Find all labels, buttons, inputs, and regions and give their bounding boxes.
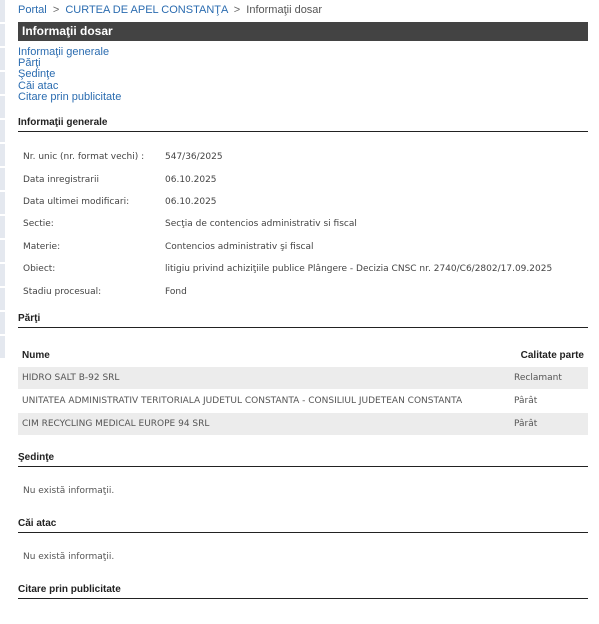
info-label: Stadiu procesual: bbox=[18, 287, 165, 297]
table-of-contents: Informaţii generale Părţi Şedinţe Căi at… bbox=[18, 47, 588, 103]
info-label: Obiect: bbox=[18, 264, 165, 274]
toc-link-sedinte[interactable]: Şedinţe bbox=[18, 69, 588, 80]
breadcrumb-portal[interactable]: Portal bbox=[18, 4, 47, 16]
cai-atac-empty-message: Nu există informaţii. bbox=[18, 533, 588, 581]
section-title-citare: Citare prin publicitate bbox=[18, 584, 588, 599]
party-role: Reclamant bbox=[514, 373, 584, 383]
toc-link-parti[interactable]: Părţi bbox=[18, 58, 588, 69]
info-label: Materie: bbox=[18, 242, 165, 252]
breadcrumb-current: Informaţii dosar bbox=[246, 4, 322, 16]
table-header: Nume Calitate parte bbox=[18, 346, 588, 366]
page-title: Informaţii dosar bbox=[18, 22, 588, 41]
info-label: Data ultimei modificari: bbox=[18, 197, 165, 207]
party-role: Pârât bbox=[514, 419, 584, 429]
info-label: Nr. unic (nr. format vechi) : bbox=[18, 152, 165, 162]
column-header-role: Calitate parte bbox=[521, 350, 584, 361]
breadcrumb-separator: > bbox=[53, 4, 59, 16]
info-value: 547/36/2025 bbox=[165, 152, 588, 162]
table-row: HIDRO SALT B-92 SRL Reclamant bbox=[18, 367, 588, 389]
info-row: Stadiu procesual:Fond bbox=[18, 280, 588, 302]
general-info-table: Nr. unic (nr. format vechi) :547/36/2025… bbox=[18, 146, 588, 303]
party-role: Pârât bbox=[514, 396, 584, 406]
party-name: CIM RECYCLING MEDICAL EUROPE 94 SRL bbox=[22, 419, 209, 429]
info-row: Data inregistrarii06.10.2025 bbox=[18, 168, 588, 190]
party-name: HIDRO SALT B-92 SRL bbox=[22, 373, 119, 383]
info-row: Data ultimei modificari:06.10.2025 bbox=[18, 191, 588, 213]
info-label: Data inregistrarii bbox=[18, 175, 165, 185]
party-name: UNITATEA ADMINISTRATIV TERITORIALA JUDET… bbox=[22, 396, 462, 406]
info-row: Materie:Contencios administrativ şi fisc… bbox=[18, 236, 588, 258]
section-title-sedinte: Şedinţe bbox=[18, 452, 588, 467]
section-title-cai-atac: Căi atac bbox=[18, 518, 588, 533]
section-title-general: Informaţii generale bbox=[18, 117, 588, 132]
column-header-name: Nume bbox=[22, 350, 50, 361]
table-row: UNITATEA ADMINISTRATIV TERITORIALA JUDET… bbox=[18, 390, 588, 412]
toc-link-general[interactable]: Informaţii generale bbox=[18, 47, 588, 58]
info-value: 06.10.2025 bbox=[165, 175, 588, 185]
sedinte-empty-message: Nu există informaţii. bbox=[18, 467, 588, 515]
breadcrumb-separator: > bbox=[234, 4, 240, 16]
info-value: Fond bbox=[165, 287, 588, 297]
left-edge-strip bbox=[0, 0, 5, 360]
parties-table: Nume Calitate parte HIDRO SALT B-92 SRL … bbox=[18, 346, 588, 435]
table-row: CIM RECYCLING MEDICAL EUROPE 94 SRL Pârâ… bbox=[18, 413, 588, 435]
breadcrumb: Portal > CURTEA DE APEL CONSTANŢA > Info… bbox=[18, 0, 588, 21]
case-info-page: Portal > CURTEA DE APEL CONSTANŢA > Info… bbox=[18, 0, 588, 599]
info-value: 06.10.2025 bbox=[165, 197, 588, 207]
info-value: Contencios administrativ şi fiscal bbox=[165, 242, 588, 252]
info-label: Sectie: bbox=[18, 219, 165, 229]
info-row: Sectie:Secţia de contencios administrati… bbox=[18, 213, 588, 235]
info-row: Obiect:litigiu privind achiziţiile publi… bbox=[18, 258, 588, 280]
toc-link-citare[interactable]: Citare prin publicitate bbox=[18, 92, 588, 103]
info-value: Secţia de contencios administrativ si fi… bbox=[165, 219, 588, 229]
breadcrumb-court[interactable]: CURTEA DE APEL CONSTANŢA bbox=[65, 4, 227, 16]
info-row: Nr. unic (nr. format vechi) :547/36/2025 bbox=[18, 146, 588, 168]
info-value: litigiu privind achiziţiile publice Plân… bbox=[165, 264, 588, 274]
section-title-parti: Părţi bbox=[18, 313, 588, 328]
